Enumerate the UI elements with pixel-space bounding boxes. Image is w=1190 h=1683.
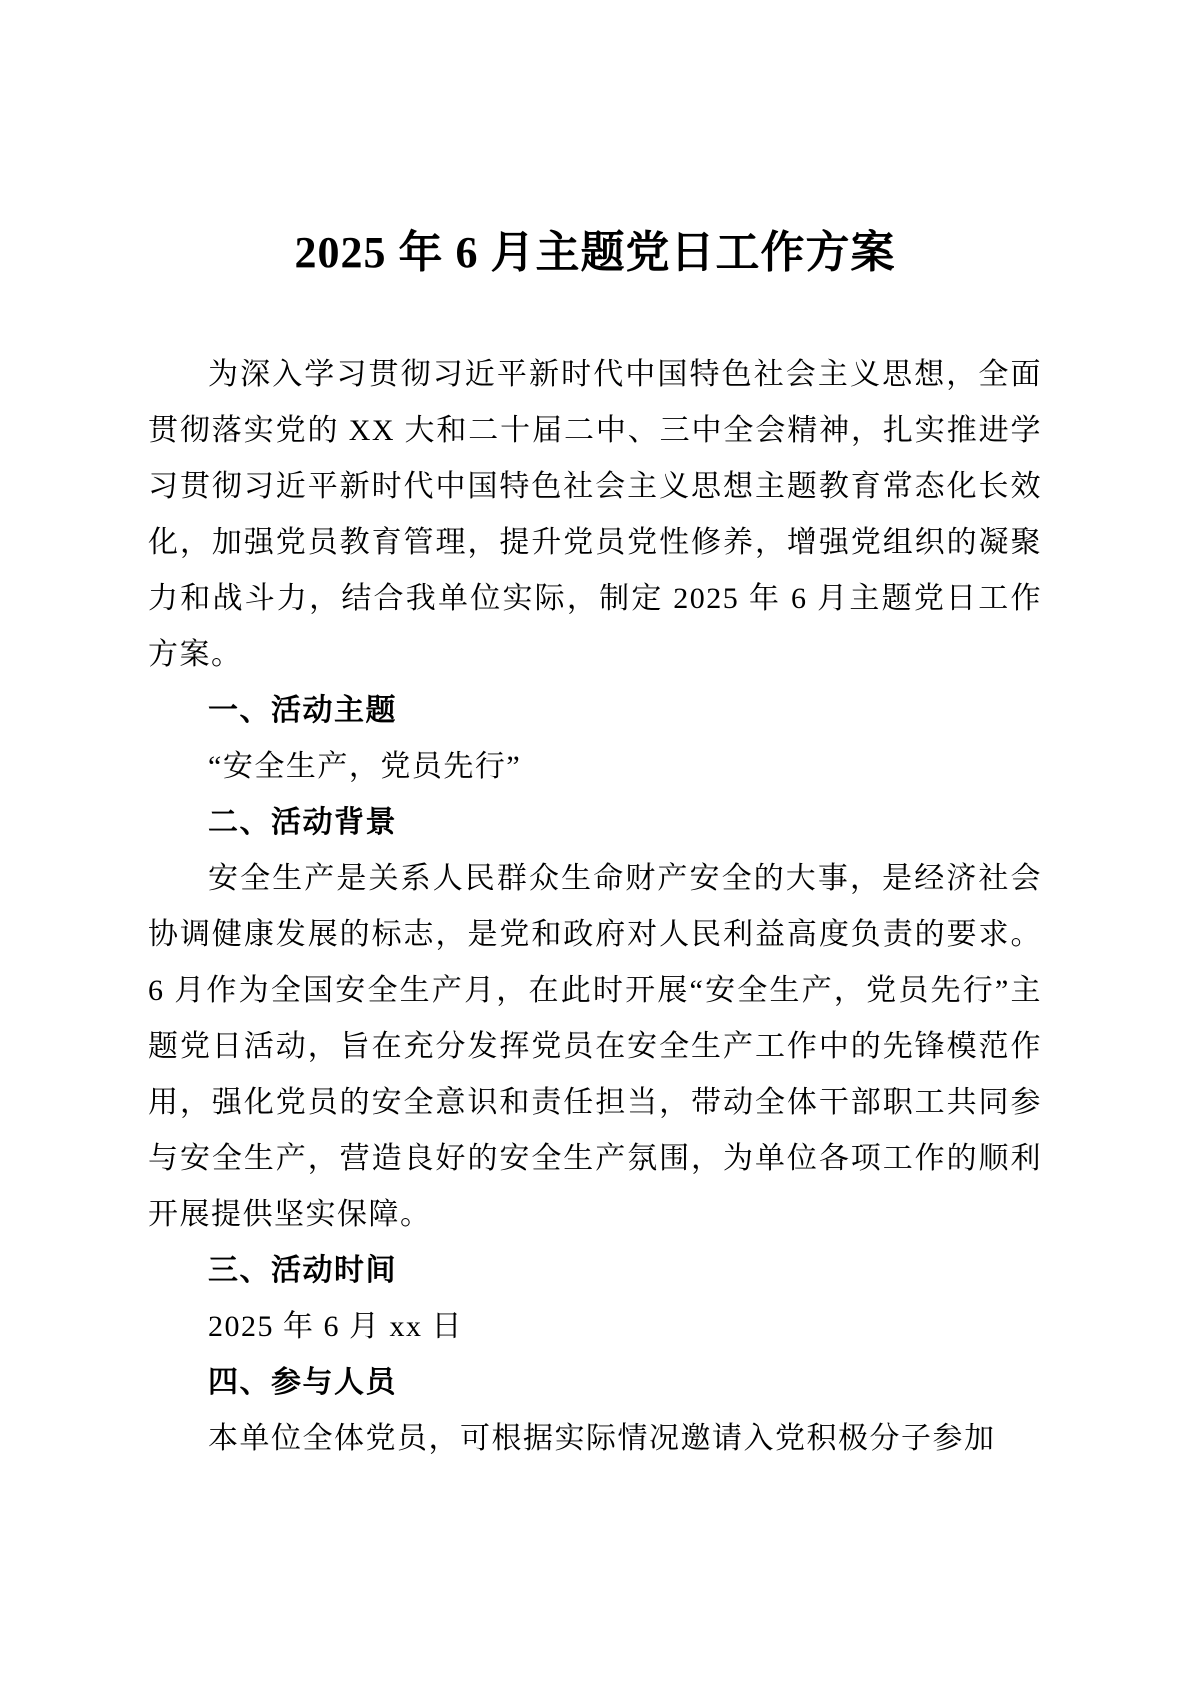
heading-section-1-activity-theme: 一、活动主题 <box>148 683 1042 739</box>
document-title: 2025 年 6 月主题党日工作方案 <box>148 0 1042 281</box>
heading-section-4-participants: 四、参与人员 <box>148 1355 1042 1411</box>
heading-section-3-activity-time: 三、活动时间 <box>148 1243 1042 1299</box>
heading-section-2-activity-background: 二、活动背景 <box>148 795 1042 851</box>
paragraph-activity-theme-quote: “安全生产，党员先行” <box>148 739 1042 795</box>
document-body: 为深入学习贯彻习近平新时代中国特色社会主义思想，全面贯彻落实党的 XX 大和二十… <box>148 347 1042 1467</box>
document-content: 2025 年 6 月主题党日工作方案 为深入学习贯彻习近平新时代中国特色社会主义… <box>148 0 1042 1467</box>
paragraph-introduction: 为深入学习贯彻习近平新时代中国特色社会主义思想，全面贯彻落实党的 XX 大和二十… <box>148 347 1042 683</box>
document-page: 2025 年 6 月主题党日工作方案 为深入学习贯彻习近平新时代中国特色社会主义… <box>0 0 1190 1683</box>
paragraph-activity-time: 2025 年 6 月 xx 日 <box>148 1299 1042 1355</box>
paragraph-participants: 本单位全体党员，可根据实际情况邀请入党积极分子参加 <box>148 1411 1042 1467</box>
paragraph-activity-background: 安全生产是关系人民群众生命财产安全的大事，是经济社会协调健康发展的标志，是党和政… <box>148 851 1042 1243</box>
